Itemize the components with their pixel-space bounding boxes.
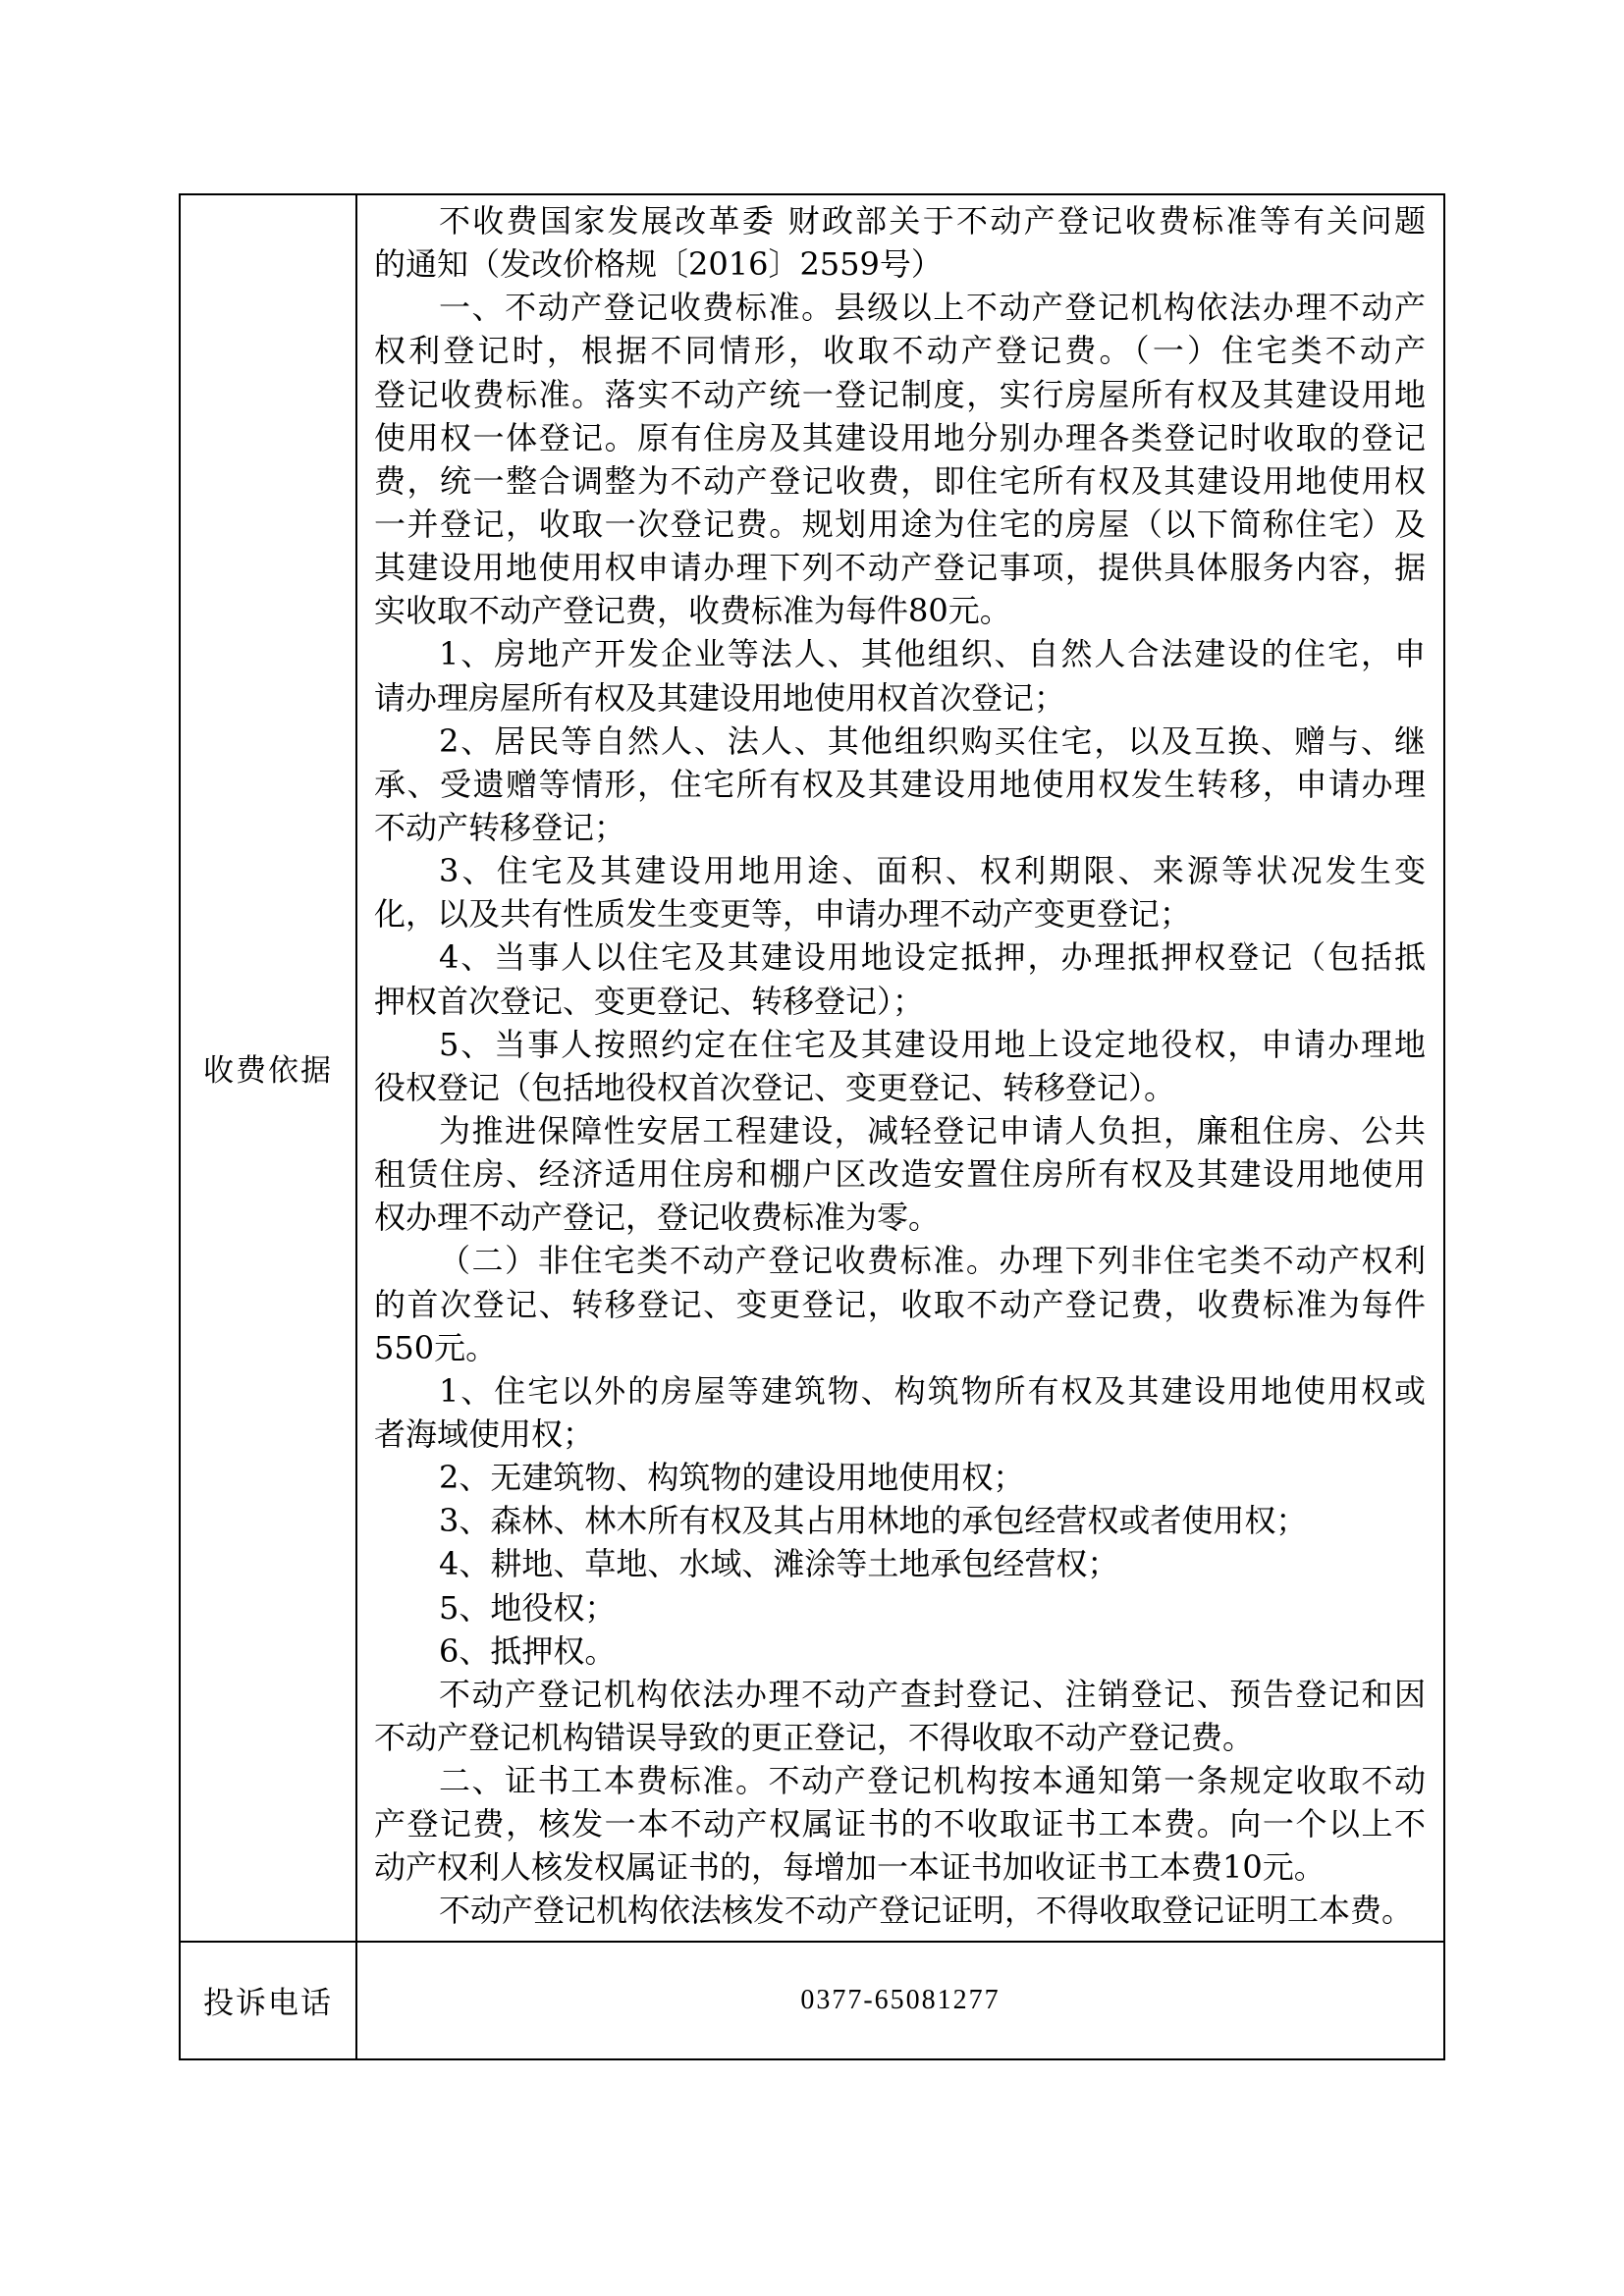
fee-basis-text-line: 登记收费标准。落实不动产统一登记制度，实行房屋所有权及其建设用地 bbox=[374, 373, 1426, 416]
fee-basis-text-line: 不动产登记机构依法核发不动产登记证明，不得收取登记证明工本费。 bbox=[374, 1889, 1426, 1932]
fee-basis-text-line: 5、地役权； bbox=[374, 1586, 1426, 1629]
fee-basis-text-line: 动产权利人核发权属证书的，每增加一本证书加收证书工本费10元。 bbox=[374, 1845, 1426, 1889]
fee-basis-text-line: 不动产转移登记； bbox=[374, 806, 1426, 849]
document-page: 收费依据 不收费国家发展改革委 财政部关于不动产登记收费标准等有关问题的通知（发… bbox=[0, 0, 1624, 2296]
fee-basis-text-line: 化，以及共有性质发生变更等，申请办理不动产变更登记； bbox=[374, 892, 1426, 935]
fee-basis-text-line: 3、住宅及其建设用地用途、面积、权利期限、来源等状况发生变 bbox=[374, 849, 1426, 892]
fee-basis-text-line: 2、居民等自然人、法人、其他组织购买住宅，以及互换、赠与、继 bbox=[374, 720, 1426, 763]
fee-basis-text-line: 6、抵押权。 bbox=[374, 1629, 1426, 1673]
fee-basis-text-line: 二、证书工本费标准。不动产登记机构按本通知第一条规定收取不动 bbox=[374, 1759, 1426, 1802]
fee-basis-label-cell: 收费依据 bbox=[180, 194, 356, 1942]
fee-basis-text-line: 2、无建筑物、构筑物的建设用地使用权； bbox=[374, 1456, 1426, 1499]
fee-basis-text-line: 1、房地产开发企业等法人、其他组织、自然人合法建设的住宅，申 bbox=[374, 632, 1426, 675]
fee-basis-row: 收费依据 不收费国家发展改革委 财政部关于不动产登记收费标准等有关问题的通知（发… bbox=[180, 194, 1444, 1942]
fee-basis-text-line: 押权首次登记、变更登记、转移登记）； bbox=[374, 980, 1426, 1023]
fee-basis-text-line: 4、当事人以住宅及其建设用地设定抵押，办理抵押权登记（包括抵 bbox=[374, 935, 1426, 979]
fee-basis-text-line: 不动产登记机构依法办理不动产查封登记、注销登记、预告登记和因 bbox=[374, 1673, 1426, 1716]
fee-basis-text-line: 不动产登记机构错误导致的更正登记，不得收取不动产登记费。 bbox=[374, 1716, 1426, 1759]
fee-basis-text-line: 产登记费，核发一本不动产权属证书的不收取证书工本费。向一个以上不 bbox=[374, 1802, 1426, 1845]
fee-basis-text-line: 者海域使用权； bbox=[374, 1413, 1426, 1456]
complaint-phone-label: 投诉电话 bbox=[203, 1986, 333, 2021]
fee-basis-text-line: 的首次登记、转移登记、变更登记，收取不动产登记费，收费标准为每件 bbox=[374, 1283, 1426, 1326]
fee-basis-text-line: 5、当事人按照约定在住宅及其建设用地上设定地役权，申请办理地 bbox=[374, 1023, 1426, 1066]
complaint-phone-row: 投诉电话 0377-65081277 bbox=[180, 1942, 1444, 2059]
fee-basis-text-line: 费，统一整合调整为不动产登记收费，即住宅所有权及其建设用地使用权 bbox=[374, 459, 1426, 503]
fee-basis-text-line: 权利登记时，根据不同情形，收取不动产登记费。（一）住宅类不动产 bbox=[374, 329, 1426, 372]
fee-basis-text-line: 租赁住房、经济适用住房和棚户区改造安置住房所有权及其建设用地使用 bbox=[374, 1152, 1426, 1196]
fee-basis-text-line: 3、森林、林木所有权及其占用林地的承包经营权或者使用权； bbox=[374, 1499, 1426, 1542]
fee-info-table: 收费依据 不收费国家发展改革委 财政部关于不动产登记收费标准等有关问题的通知（发… bbox=[179, 193, 1445, 2060]
fee-basis-text-line: 承、受遗赠等情形，住宅所有权及其建设用地使用权发生转移，申请办理 bbox=[374, 763, 1426, 806]
fee-basis-text-line: 权办理不动产登记，登记收费标准为零。 bbox=[374, 1196, 1426, 1239]
fee-basis-text-line: 实收取不动产登记费，收费标准为每件80元。 bbox=[374, 589, 1426, 632]
complaint-phone-label-cell: 投诉电话 bbox=[180, 1942, 356, 2059]
fee-basis-text-line: 550元。 bbox=[374, 1326, 1426, 1369]
fee-basis-text-line: 1、住宅以外的房屋等建筑物、构筑物所有权及其建设用地使用权或 bbox=[374, 1369, 1426, 1413]
fee-basis-content: 不收费国家发展改革委 财政部关于不动产登记收费标准等有关问题的通知（发改价格规〔… bbox=[356, 194, 1444, 1942]
fee-basis-text-line: 其建设用地使用权申请办理下列不动产登记事项，提供具体服务内容，据 bbox=[374, 546, 1426, 589]
complaint-phone-value-cell: 0377-65081277 bbox=[356, 1942, 1444, 2059]
fee-basis-text-line: 使用权一体登记。原有住房及其建设用地分别办理各类登记时收取的登记 bbox=[374, 416, 1426, 459]
fee-basis-text-line: 为推进保障性安居工程建设，减轻登记申请人负担，廉租住房、公共 bbox=[374, 1109, 1426, 1152]
fee-basis-text-line: 役权登记（包括地役权首次登记、变更登记、转移登记）。 bbox=[374, 1066, 1426, 1109]
fee-basis-text-line: 请办理房屋所有权及其建设用地使用权首次登记； bbox=[374, 676, 1426, 720]
fee-basis-text-line: 4、耕地、草地、水域、滩涂等土地承包经营权； bbox=[374, 1542, 1426, 1585]
fee-basis-text-line: 一、不动产登记收费标准。县级以上不动产登记机构依法办理不动产 bbox=[374, 286, 1426, 329]
fee-basis-text-line: 一并登记，收取一次登记费。规划用途为住宅的房屋（以下简称住宅）及 bbox=[374, 503, 1426, 546]
fee-basis-label: 收费依据 bbox=[203, 1053, 333, 1089]
fee-basis-text-line: 的通知（发改价格规〔2016〕2559号） bbox=[374, 242, 1426, 286]
fee-basis-text-line: （二）非住宅类不动产登记收费标准。办理下列非住宅类不动产权利 bbox=[374, 1239, 1426, 1282]
fee-basis-text-line: 不收费国家发展改革委 财政部关于不动产登记收费标准等有关问题 bbox=[374, 199, 1426, 242]
complaint-phone-number: 0377-65081277 bbox=[800, 1985, 1000, 2015]
